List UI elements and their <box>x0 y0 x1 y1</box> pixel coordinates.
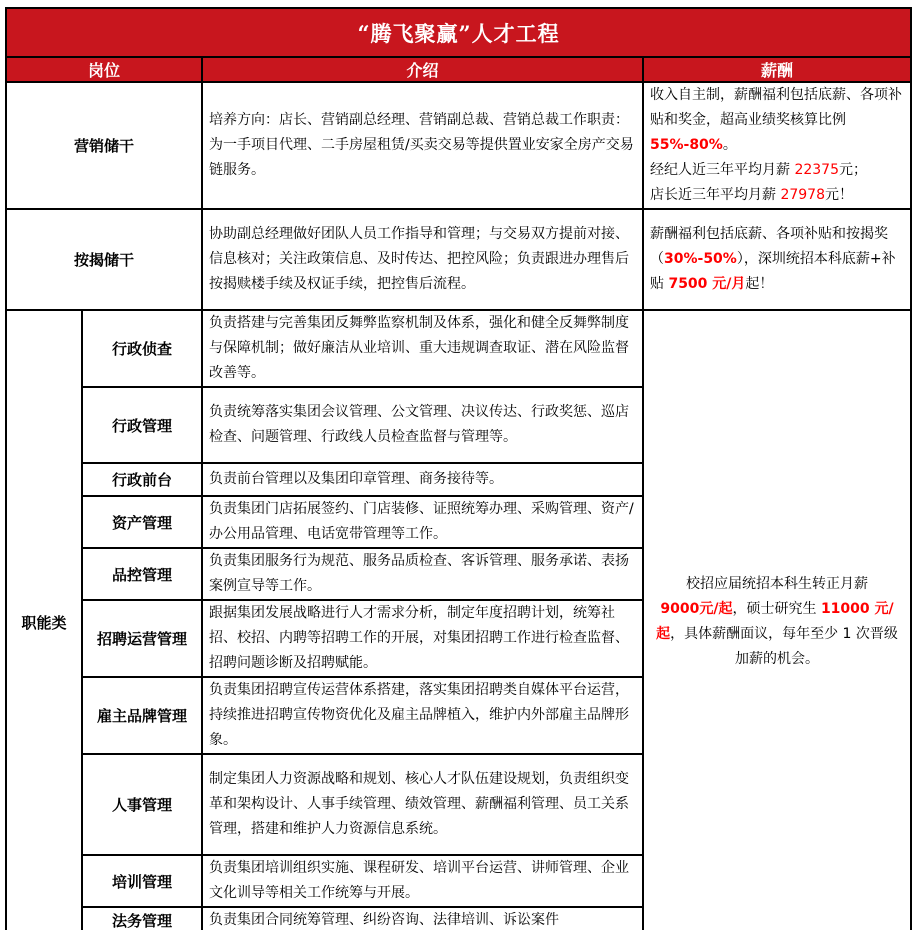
header-row: 岗位 介绍 薪酬 <box>6 57 911 82</box>
salary-cell: 收入自主制，薪酬福利包括底薪、各项补贴和奖金，超高业绩奖核算比例 55%-80%… <box>643 82 911 209</box>
salary-cell: 校招应届统招本科生转正月薪 9000元/起，硕士研究生 11000 元/起，具体… <box>643 310 911 930</box>
salary-text: 元！ <box>825 187 853 203</box>
position-cell: 人事管理 <box>82 754 202 855</box>
position-cell: 资产管理 <box>82 496 202 548</box>
category-cell: 职能类 <box>6 310 82 930</box>
intro-cell: 制定集团人力资源战略和规划、核心人才队伍建设规划，负责组织变革和架构设计、人事手… <box>202 754 643 855</box>
position-cell: 雇主品牌管理 <box>82 677 202 754</box>
salary-highlight: 22375 <box>794 162 839 178</box>
salary-text: 收入自主制，薪酬福利包括底薪、各项补贴和奖金，超高业绩奖核算比例 <box>650 87 902 128</box>
intro-cell: 负责集团合同统筹管理、纠纷咨询、法律培训、诉讼案件 <box>202 907 643 930</box>
salary-text: 校招应届统招本科生转正月薪 <box>686 576 868 592</box>
salary-text: 元； <box>839 162 867 178</box>
intro-cell: 培养方向：店长、营销副总经理、营销副总裁、营销总裁工作职责：为一手项目代理、二手… <box>202 82 643 209</box>
intro-cell: 负责集团培训组织实施、课程研发、培训平台运营、讲师管理、企业文化训导等相关工作统… <box>202 855 643 907</box>
salary-text: ，硕士研究生 <box>732 601 820 617</box>
intro-cell: 负责集团门店拓展签约、门店装修、证照统筹办理、采购管理、资产/办公用品管理、电话… <box>202 496 643 548</box>
intro-cell: 负责集团招聘宣传运营体系搭建，落实集团招聘类自媒体平台运营，持续推进招聘宣传物资… <box>202 677 643 754</box>
position-cell: 品控管理 <box>82 548 202 600</box>
salary-text: ，具体薪酬面议，每年至少 1 次晋级加薪的机会。 <box>670 626 898 667</box>
intro-cell: 负责集团服务行为规范、服务品质检查、客诉管理、服务承诺、表扬案例宣导等工作。 <box>202 548 643 600</box>
position-cell: 法务管理 <box>82 907 202 930</box>
header-salary: 薪酬 <box>643 57 911 82</box>
salary-highlight: 27978 <box>780 187 825 203</box>
salary-highlight: 9000元/起 <box>660 601 732 617</box>
table-row: 按揭储干 协助副总经理做好团队人员工作指导和管理；与交易双方提前对接、信息核对；… <box>6 209 911 310</box>
title-row: “腾飞聚赢”人才工程 <box>6 8 911 57</box>
position-cell: 行政管理 <box>82 387 202 463</box>
intro-cell: 负责统筹落实集团会议管理、公文管理、决议传达、行政奖惩、巡店检查、问题管理、行政… <box>202 387 643 463</box>
intro-cell: 负责搭建与完善集团反舞弊监察机制及体系，强化和健全反舞弊制度与保障机制；做好廉洁… <box>202 310 643 387</box>
header-intro: 介绍 <box>202 57 643 82</box>
position-cell: 行政前台 <box>82 463 202 496</box>
salary-text: 店长近三年平均月薪 <box>650 187 780 203</box>
salary-highlight: 30%-50% <box>664 251 737 267</box>
intro-cell: 协助副总经理做好团队人员工作指导和管理；与交易双方提前对接、信息核对；关注政策信… <box>202 209 643 310</box>
salary-text: 。 <box>723 137 737 153</box>
table-title: “腾飞聚赢”人才工程 <box>6 8 911 57</box>
position-cell: 行政侦查 <box>82 310 202 387</box>
salary-text: 经纪人近三年平均月薪 <box>650 162 794 178</box>
salary-highlight: 55%-80% <box>650 137 723 153</box>
talent-program-table: “腾飞聚赢”人才工程 岗位 介绍 薪酬 营销储干 培养方向：店长、营销副总经理、… <box>5 7 912 930</box>
salary-highlight: 7500 元/月 <box>668 276 745 292</box>
talent-program-table-container: “腾飞聚赢”人才工程 岗位 介绍 薪酬 营销储干 培养方向：店长、营销副总经理、… <box>5 7 910 930</box>
table-row: 职能类 行政侦查 负责搭建与完善集团反舞弊监察机制及体系，强化和健全反舞弊制度与… <box>6 310 911 387</box>
position-cell: 招聘运营管理 <box>82 600 202 677</box>
salary-text: 起！ <box>745 276 773 292</box>
position-cell: 按揭储干 <box>6 209 202 310</box>
position-cell: 营销储干 <box>6 82 202 209</box>
salary-cell: 薪酬福利包括底薪、各项补贴和按揭奖（30%-50%），深圳统招本科底薪+补贴 7… <box>643 209 911 310</box>
intro-cell: 跟据集团发展战略进行人才需求分析，制定年度招聘计划，统筹社招、校招、内聘等招聘工… <box>202 600 643 677</box>
intro-cell: 负责前台管理以及集团印章管理、商务接待等。 <box>202 463 643 496</box>
table-row: 营销储干 培养方向：店长、营销副总经理、营销副总裁、营销总裁工作职责：为一手项目… <box>6 82 911 209</box>
position-cell: 培训管理 <box>82 855 202 907</box>
header-position: 岗位 <box>6 57 202 82</box>
